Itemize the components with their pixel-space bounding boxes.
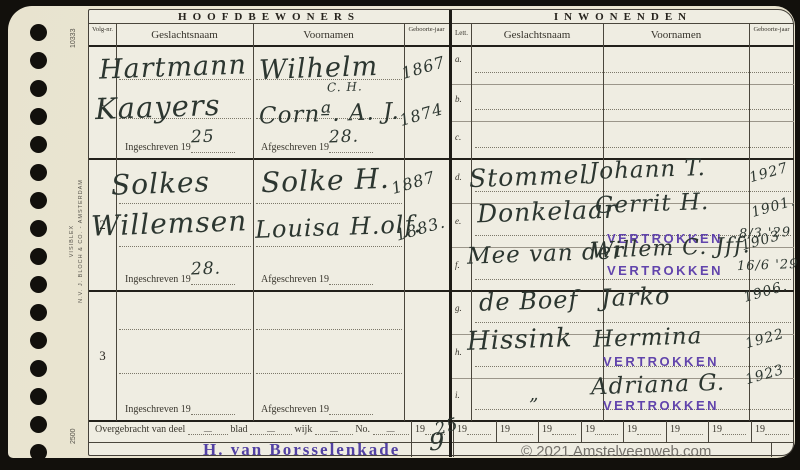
binder-hole: [30, 108, 47, 125]
entry-surname: Stommel: [469, 160, 589, 193]
binder-hole: [30, 52, 47, 69]
binder-hole: [30, 444, 47, 461]
footer-year-cell: 19: [500, 424, 533, 435]
col-geslachtsnaam-left: Geslachtsnaam: [116, 29, 253, 41]
transfer-blank-blad: —: [250, 425, 292, 435]
entry-surname: Willemsen: [90, 204, 247, 242]
col-voornamen-right: Voornamen: [603, 29, 749, 41]
entry-firstnames: Cornª. A. J.: [259, 99, 401, 130]
wijk-label: wijk: [295, 424, 313, 435]
ingeschreven-label-3: Ingeschreven 19: [125, 404, 235, 415]
lett-b: b.: [455, 94, 462, 104]
ingeschreven-label-1: Ingeschreven 19: [125, 142, 235, 153]
entry-firstnames: Johann T.: [589, 155, 707, 185]
ingeschreven-year: 28.: [191, 258, 222, 279]
entry-surname: Hissink: [467, 323, 573, 357]
binder-hole: [30, 136, 47, 153]
entry-firstnames: Hermina: [593, 323, 703, 353]
form-number-bottom: 2500: [70, 428, 77, 444]
transfer-label: Overgebracht van deel: [95, 424, 185, 435]
transfer-blank-deel: —: [188, 425, 228, 435]
footer-year-cell: 19: [585, 424, 618, 435]
street-stamp: H. van Borsselenkade: [203, 440, 400, 460]
vertrokken-stamp: VERTROKKEN: [603, 398, 719, 413]
binder-hole: [30, 388, 47, 405]
house-number: 9: [429, 428, 446, 457]
vertrokken-stamp: VERTROKKEN: [607, 263, 723, 278]
entry-surname: de Boef: [479, 285, 579, 316]
entry-firstnames: Solke H.: [260, 162, 390, 199]
binder-hole: [30, 416, 47, 433]
entry-firstnames: Adriana G.: [591, 370, 726, 401]
footer-year-cell: 19: [542, 424, 576, 435]
printer-address: N.V. J. BLOCH & CO. - AMSTERDAM: [77, 166, 86, 316]
afgeschreven-label-3: Afgeschreven 19: [261, 404, 373, 415]
lett-g: g.: [455, 303, 462, 313]
register-card: 10333 VISIBLEX N.V. J. BLOCH & CO. - AMS…: [8, 6, 795, 458]
lett-i: i.: [455, 390, 460, 400]
block-number-3: 3: [89, 348, 116, 364]
hoofdbewoners-title: HOOFDBEWONERS: [89, 11, 449, 23]
entry-surname: Hartmann: [99, 49, 248, 85]
footer-year-cell: 19: [627, 424, 661, 435]
entry-firstnames: Gerrit H.: [595, 189, 710, 219]
footer-year-cell: 19: [712, 424, 746, 435]
binder-hole: [30, 192, 47, 209]
binder-hole: [30, 220, 47, 237]
entry-birthyear: 1901.: [750, 193, 798, 221]
transfer-blank-no: —: [373, 425, 409, 435]
scanned-register-card-page: 10333 VISIBLEX N.V. J. BLOCH & CO. - AMS…: [0, 0, 800, 470]
binder-hole: [30, 360, 47, 377]
entry-insert: C. H.: [327, 79, 363, 94]
entry-firstnames: Willem C. Jff.: [591, 233, 751, 264]
register-table: HOOFDBEWONERS INWONENDEN: [88, 9, 794, 456]
vertrokken-date: 16/6 '29: [737, 257, 799, 274]
lett-c: c.: [455, 132, 461, 142]
entry-firstnames: Jarko: [601, 282, 671, 312]
col-geboortejaar-left: Geboorte-jaar: [406, 26, 447, 34]
binder-hole: [30, 80, 47, 97]
lett-f: f.: [455, 260, 460, 270]
transfer-blank-wijk: —: [315, 425, 353, 435]
footer-year-cell: 19: [670, 424, 703, 435]
vertrokken-stamp: VERTROKKEN: [603, 354, 719, 369]
binder-hole: [30, 164, 47, 181]
form-number-top: 10333: [70, 29, 77, 48]
printer-name: VISIBLEX: [68, 166, 77, 316]
footer-year-cell: 19: [755, 424, 789, 435]
binder-hole: [30, 304, 47, 321]
entry-surname: Kaayers: [94, 88, 221, 126]
ingeschreven-year: 25: [191, 127, 215, 148]
entry-birthyear: 1867: [399, 52, 447, 83]
transfer-line: Overgebracht van deel — blad — wijk — No…: [95, 424, 409, 435]
afgeschreven-label-2: Afgeschreven 19: [261, 274, 373, 285]
col-voornamen-left: Voornamen: [253, 29, 404, 41]
entry-surname-ditto: „: [529, 384, 540, 405]
binder-hole: [30, 276, 47, 293]
inwonenden-title: INWONENDEN: [452, 11, 794, 23]
entry-birthyear: 1927: [748, 160, 791, 186]
col-geboortejaar-right: Geboorte-jaar: [751, 26, 792, 34]
lett-e: e.: [455, 216, 461, 226]
entry-birthyear: 1887: [389, 167, 437, 198]
lett-d: d.: [455, 172, 462, 182]
no-label: No.: [355, 424, 370, 435]
afgeschreven-year: 28.: [329, 126, 360, 147]
binder-hole: [30, 332, 47, 349]
binder-hole: [30, 24, 47, 41]
col-lett: Lett.: [452, 30, 471, 38]
col-volgnr: Volg-nr.: [89, 26, 116, 34]
printer-imprint: VISIBLEX N.V. J. BLOCH & CO. - AMSTERDAM: [68, 166, 86, 316]
binder-hole: [30, 248, 47, 265]
entry-surname: Solkes: [110, 165, 210, 201]
blad-label: blad: [230, 424, 247, 435]
copyright-watermark: © 2021 Amstelveenweb.com: [521, 443, 711, 460]
lett-a: a.: [455, 54, 462, 64]
lett-h: h.: [455, 347, 462, 357]
binder-holes: [30, 24, 47, 461]
col-geslachtsnaam-right: Geslachtsnaam: [471, 29, 603, 41]
footer-year-cell: 19: [457, 424, 491, 435]
